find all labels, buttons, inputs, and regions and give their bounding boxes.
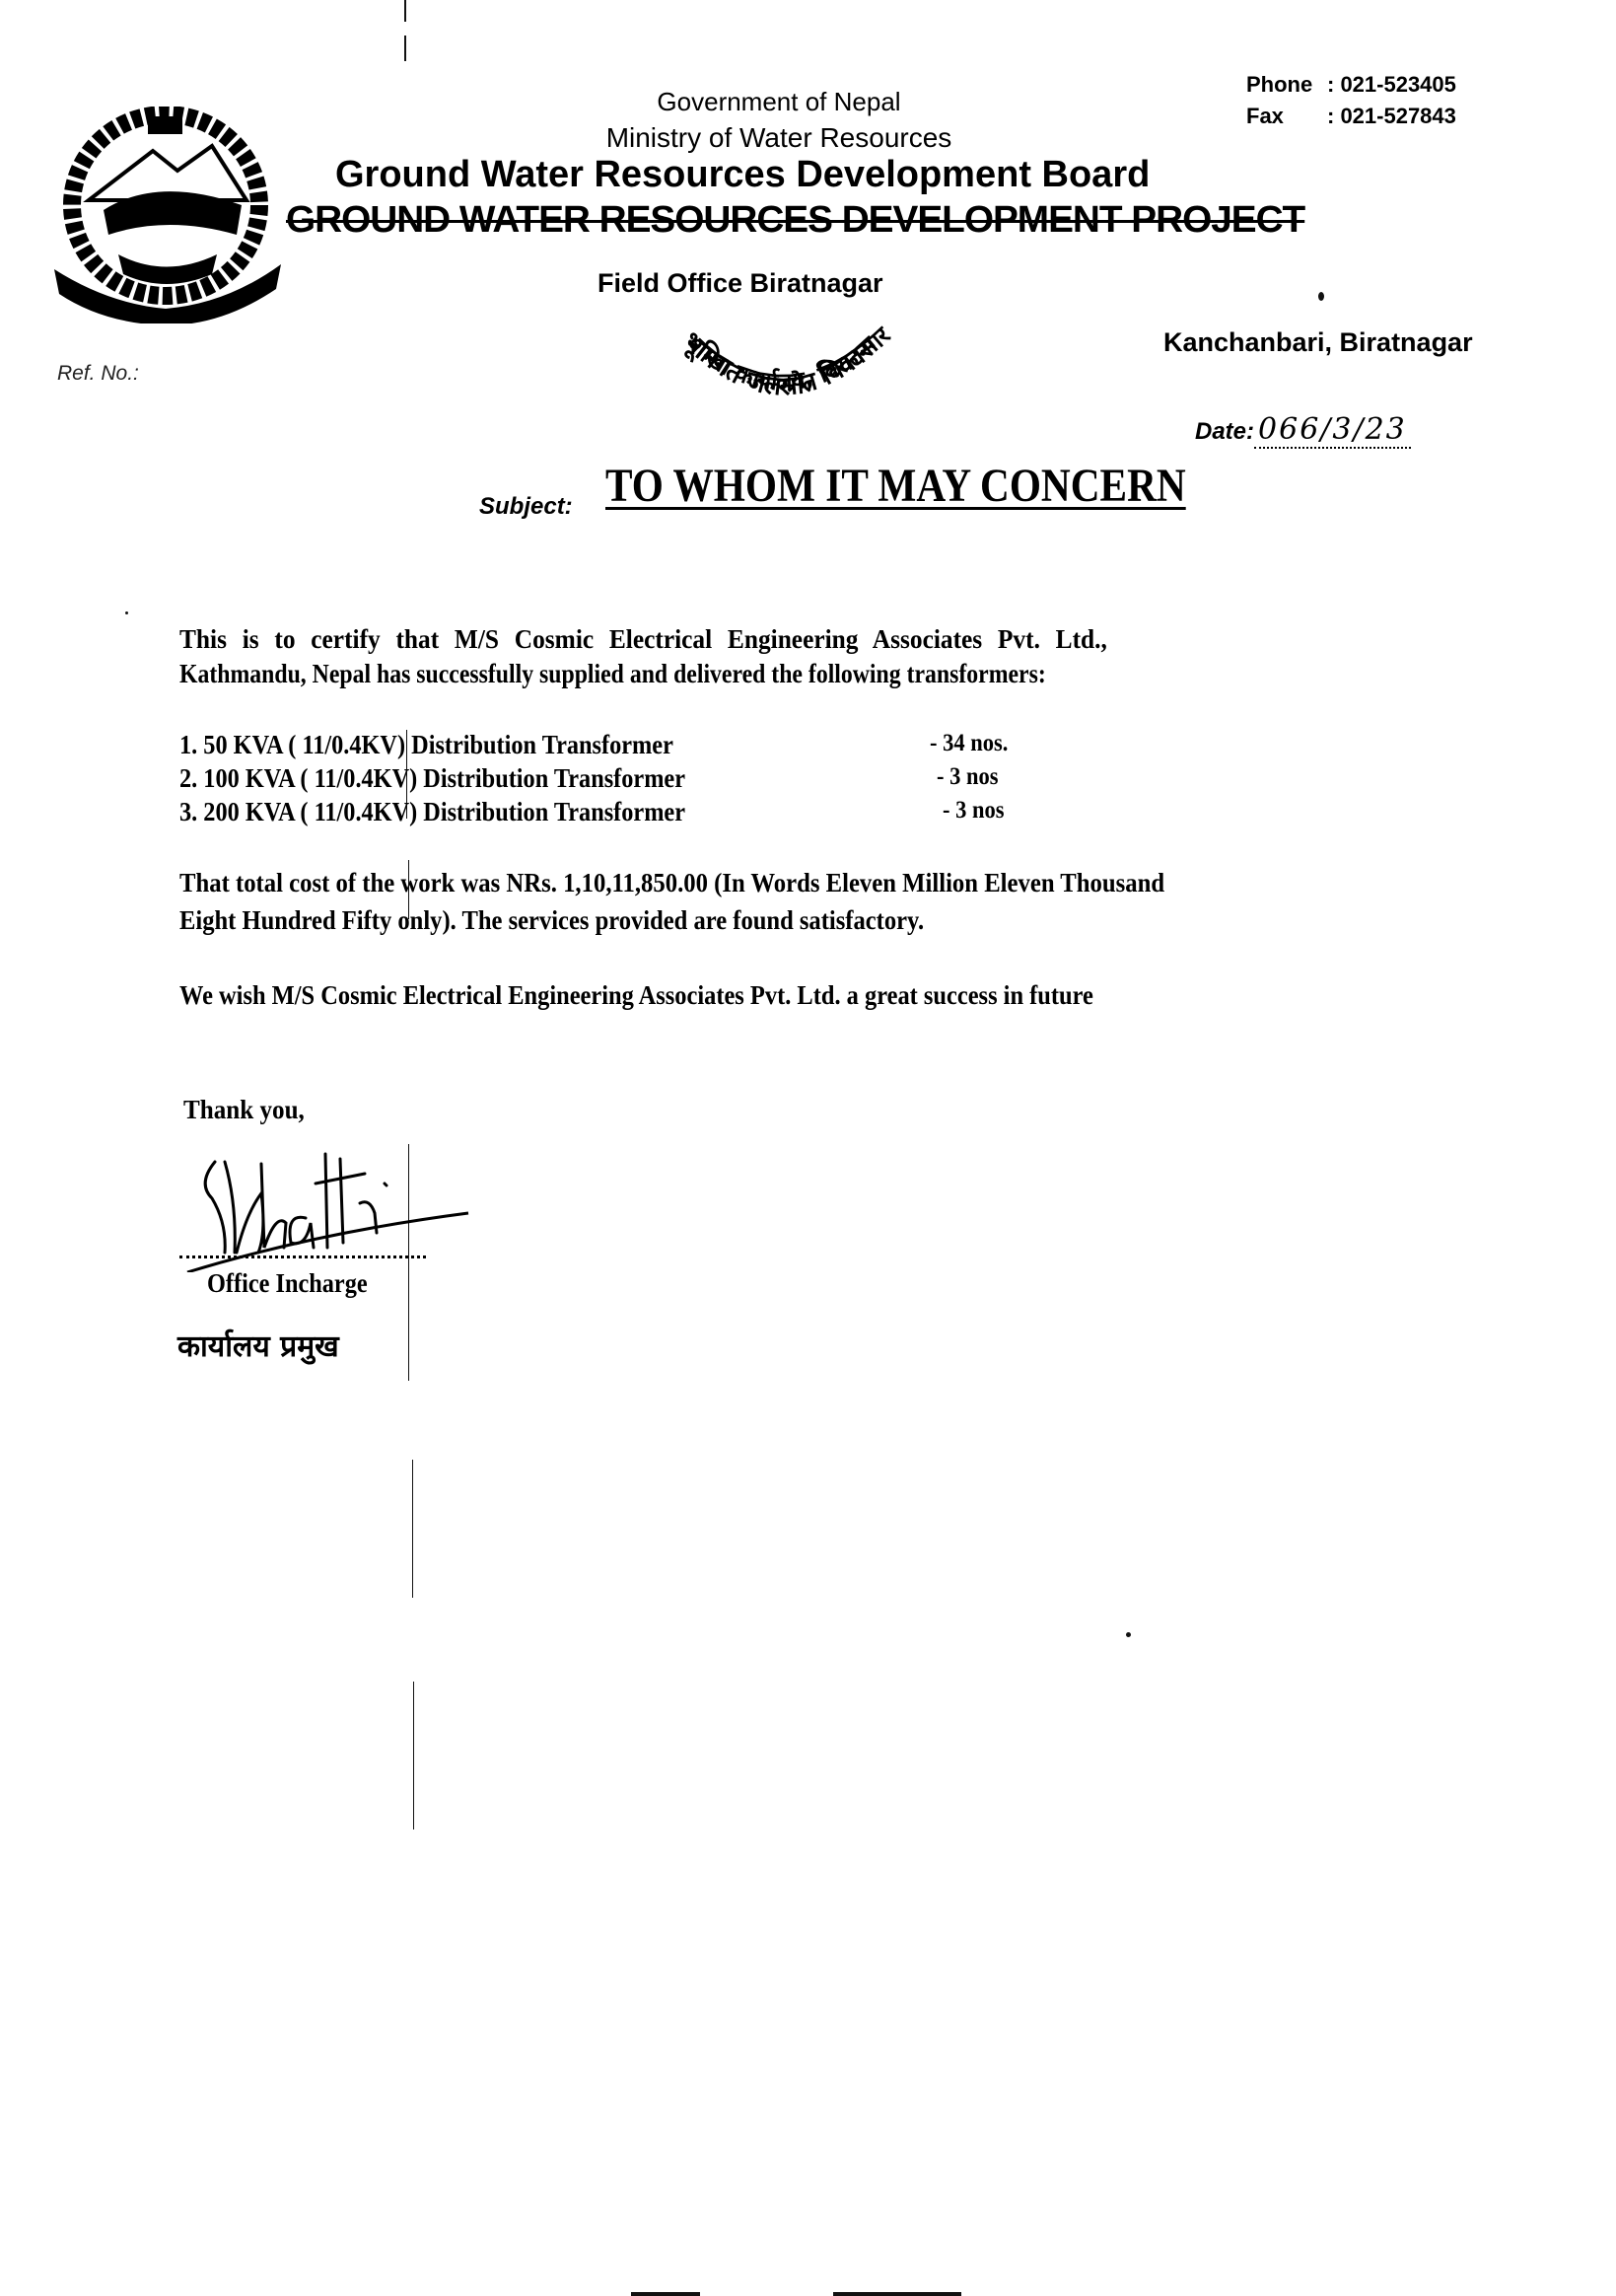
transformer-quantity: - 3 nos [943, 797, 1005, 825]
intro-line-1: This is to certify that M/S Cosmic Elect… [179, 624, 1107, 655]
phone-value: : 021-523405 [1327, 72, 1456, 97]
cost-line-2: Eight Hundred Fifty only). The services … [179, 905, 924, 936]
office-address: Kanchanbari, Biratnagar [1163, 327, 1473, 358]
signature-icon [168, 1144, 483, 1272]
transformer-item: 3. 200 KVA ( 11/0.4KV) Distribution Tran… [179, 797, 685, 827]
fax-value: : 021-527843 [1327, 104, 1456, 128]
fax-row: Fax: 021-527843 [1246, 101, 1456, 132]
subject-title: TO WHOM IT MAY CONCERN [605, 459, 1186, 513]
transformer-item: 2. 100 KVA ( 11/0.4KV) Distribution Tran… [179, 763, 685, 794]
seal-icon: भूमिगत जलस्रोत विकास समिति शाखा कार्यालय… [596, 286, 970, 444]
date-label: Date: [1195, 418, 1254, 445]
transformer-quantity: - 34 nos. [930, 730, 1008, 757]
closing-wish: We wish M/S Cosmic Electrical Engineerin… [179, 980, 1093, 1011]
date-field: Date:066/3/23 [1195, 412, 1411, 447]
designation-nepali: कार्यालय प्रमुख [177, 1325, 339, 1365]
board-name: Ground Water Resources Development Board [335, 154, 1242, 196]
scan-artifact [404, 36, 406, 61]
scan-speck [1318, 292, 1324, 301]
scan-artifact [412, 1460, 413, 1598]
transformer-quantity: - 3 nos [937, 763, 999, 791]
signature-line [179, 1256, 426, 1258]
struck-project-name: GROUND WATER RESOURCES DEVELOPMENT PROJE… [286, 199, 1304, 242]
designation: Office Incharge [207, 1268, 368, 1299]
scan-speck [1126, 1632, 1131, 1637]
scan-artifact [833, 2292, 961, 2296]
nepal-coat-of-arms-icon [49, 107, 286, 323]
government-name: Government of Nepal [631, 87, 927, 117]
date-value: 066/3/23 [1254, 412, 1411, 449]
nepal-emblem-logo [49, 107, 286, 328]
contact-block: Phone: 021-523405 Fax: 021-527843 [1246, 69, 1456, 132]
scan-speck [125, 611, 128, 614]
subject-label: Subject: [479, 493, 573, 521]
phone-row: Phone: 021-523405 [1246, 69, 1456, 101]
transformer-item: 1. 50 KVA ( 11/0.4KV) Distribution Trans… [179, 730, 673, 760]
cost-line-1: That total cost of the work was NRs. 1,1… [179, 868, 1164, 898]
ministry-name: Ministry of Water Resources [552, 122, 1006, 154]
thank-you: Thank you, [183, 1095, 305, 1125]
fax-label: Fax [1246, 101, 1327, 132]
scan-artifact [404, 0, 406, 22]
scan-artifact [413, 1682, 414, 1830]
scan-artifact [631, 2292, 700, 2296]
intro-line-2: Kathmandu, Nepal has successfully suppli… [179, 659, 1046, 689]
office-seal-stamp: भूमिगत जलस्रोत विकास समिति शाखा कार्यालय… [596, 286, 970, 449]
phone-label: Phone [1246, 69, 1327, 101]
ref-number-label: Ref. No.: [57, 362, 139, 386]
